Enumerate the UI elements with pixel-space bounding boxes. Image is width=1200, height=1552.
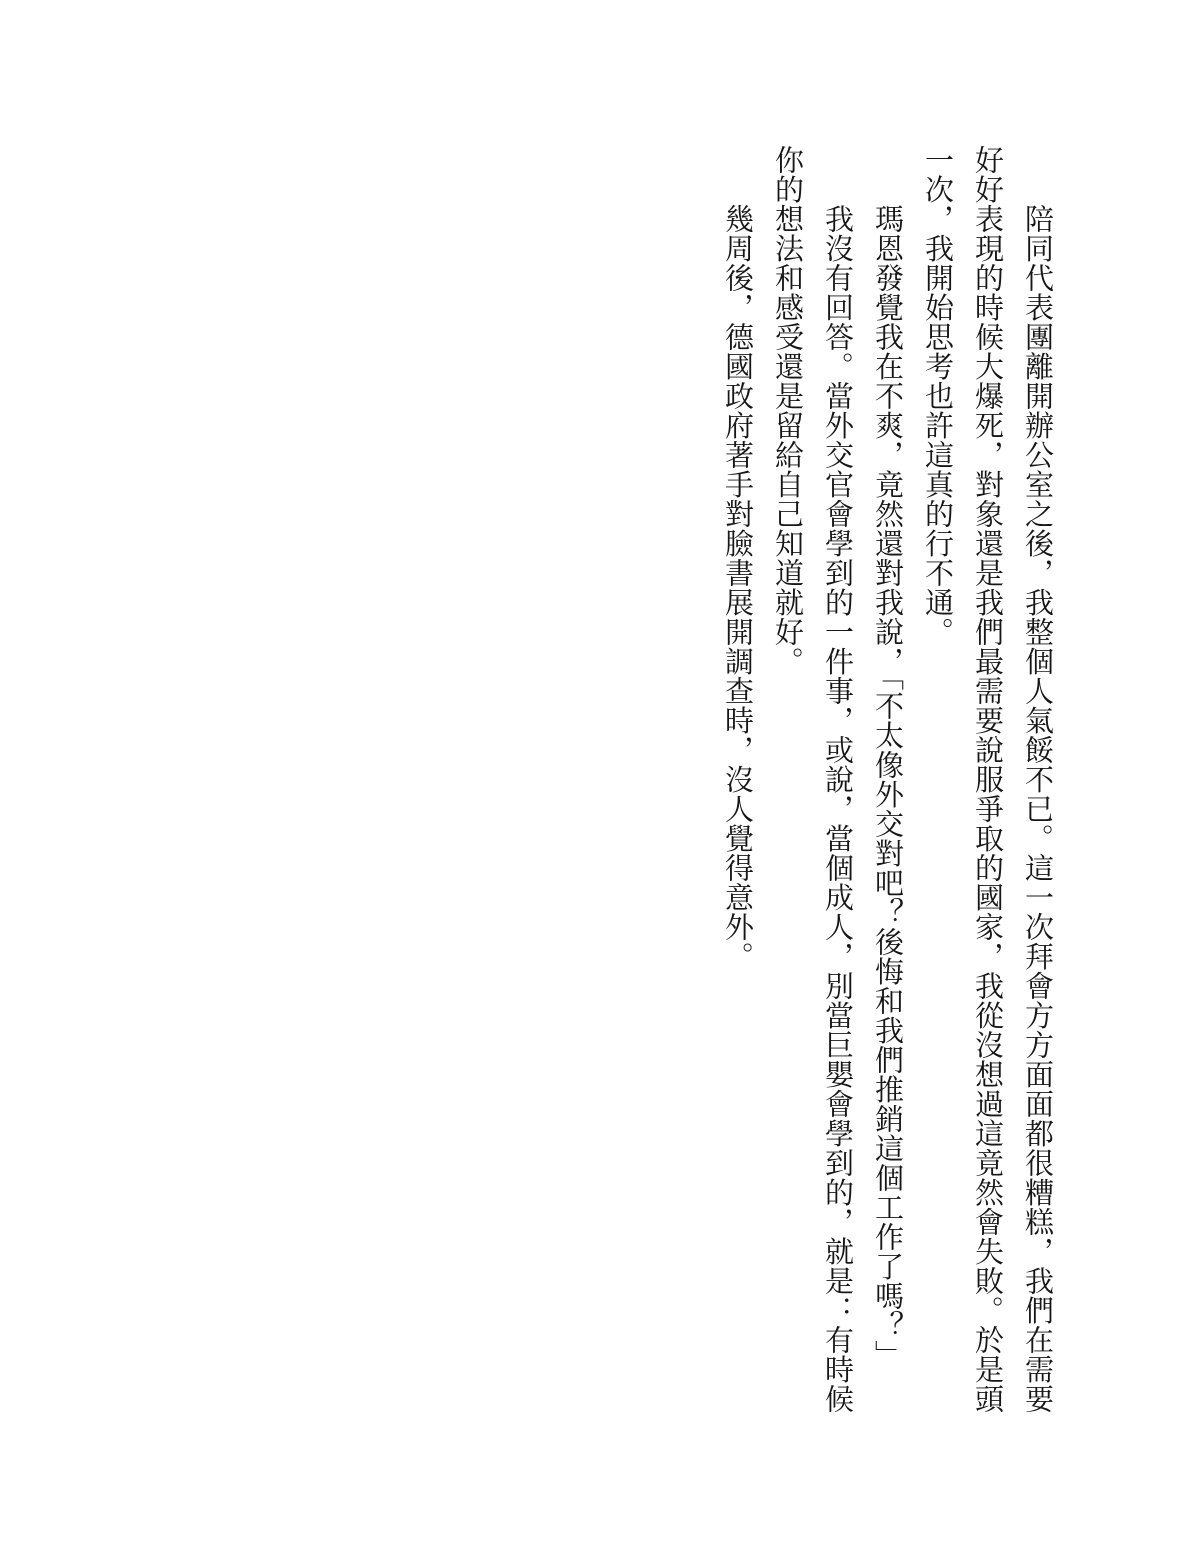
paragraph-1-line-3: 一次，我開始思考也許這真的行不通。 xyxy=(913,145,963,1423)
paragraph-1-line-2: 好好表現的時候大爆死，對象還是我們最需要說服爭取的國家，我從沒想過這竟然會失敗。… xyxy=(963,145,1013,1423)
vertical-text-block: 陪同代表團離開辦公室之後，我整個人氣餒不已。這一次拜會方方面面都很糟糕，我們在需… xyxy=(713,145,1063,1423)
paragraph-2-line-1: 瑪恩發覺我在不爽，竟然還對我說，「不太像外交對吧？後悔和我們推銷這個工作了嗎？」 xyxy=(863,145,913,1423)
book-page: 陪同代表團離開辦公室之後，我整個人氣餒不已。這一次拜會方方面面都很糟糕，我們在需… xyxy=(0,0,1200,1552)
paragraph-1-line-1: 陪同代表團離開辦公室之後，我整個人氣餒不已。這一次拜會方方面面都很糟糕，我們在需… xyxy=(1013,145,1063,1423)
paragraph-4-line-1: 幾周後，德國政府著手對臉書展開調查時，沒人覺得意外。 xyxy=(713,145,763,1423)
paragraph-3-line-1: 我沒有回答。當外交官會學到的一件事，或說，當個成人，別當巨嬰會學到的，就是：有時… xyxy=(813,145,863,1423)
paragraph-3-line-2: 你的想法和感受還是留給自己知道就好。 xyxy=(763,145,813,1423)
